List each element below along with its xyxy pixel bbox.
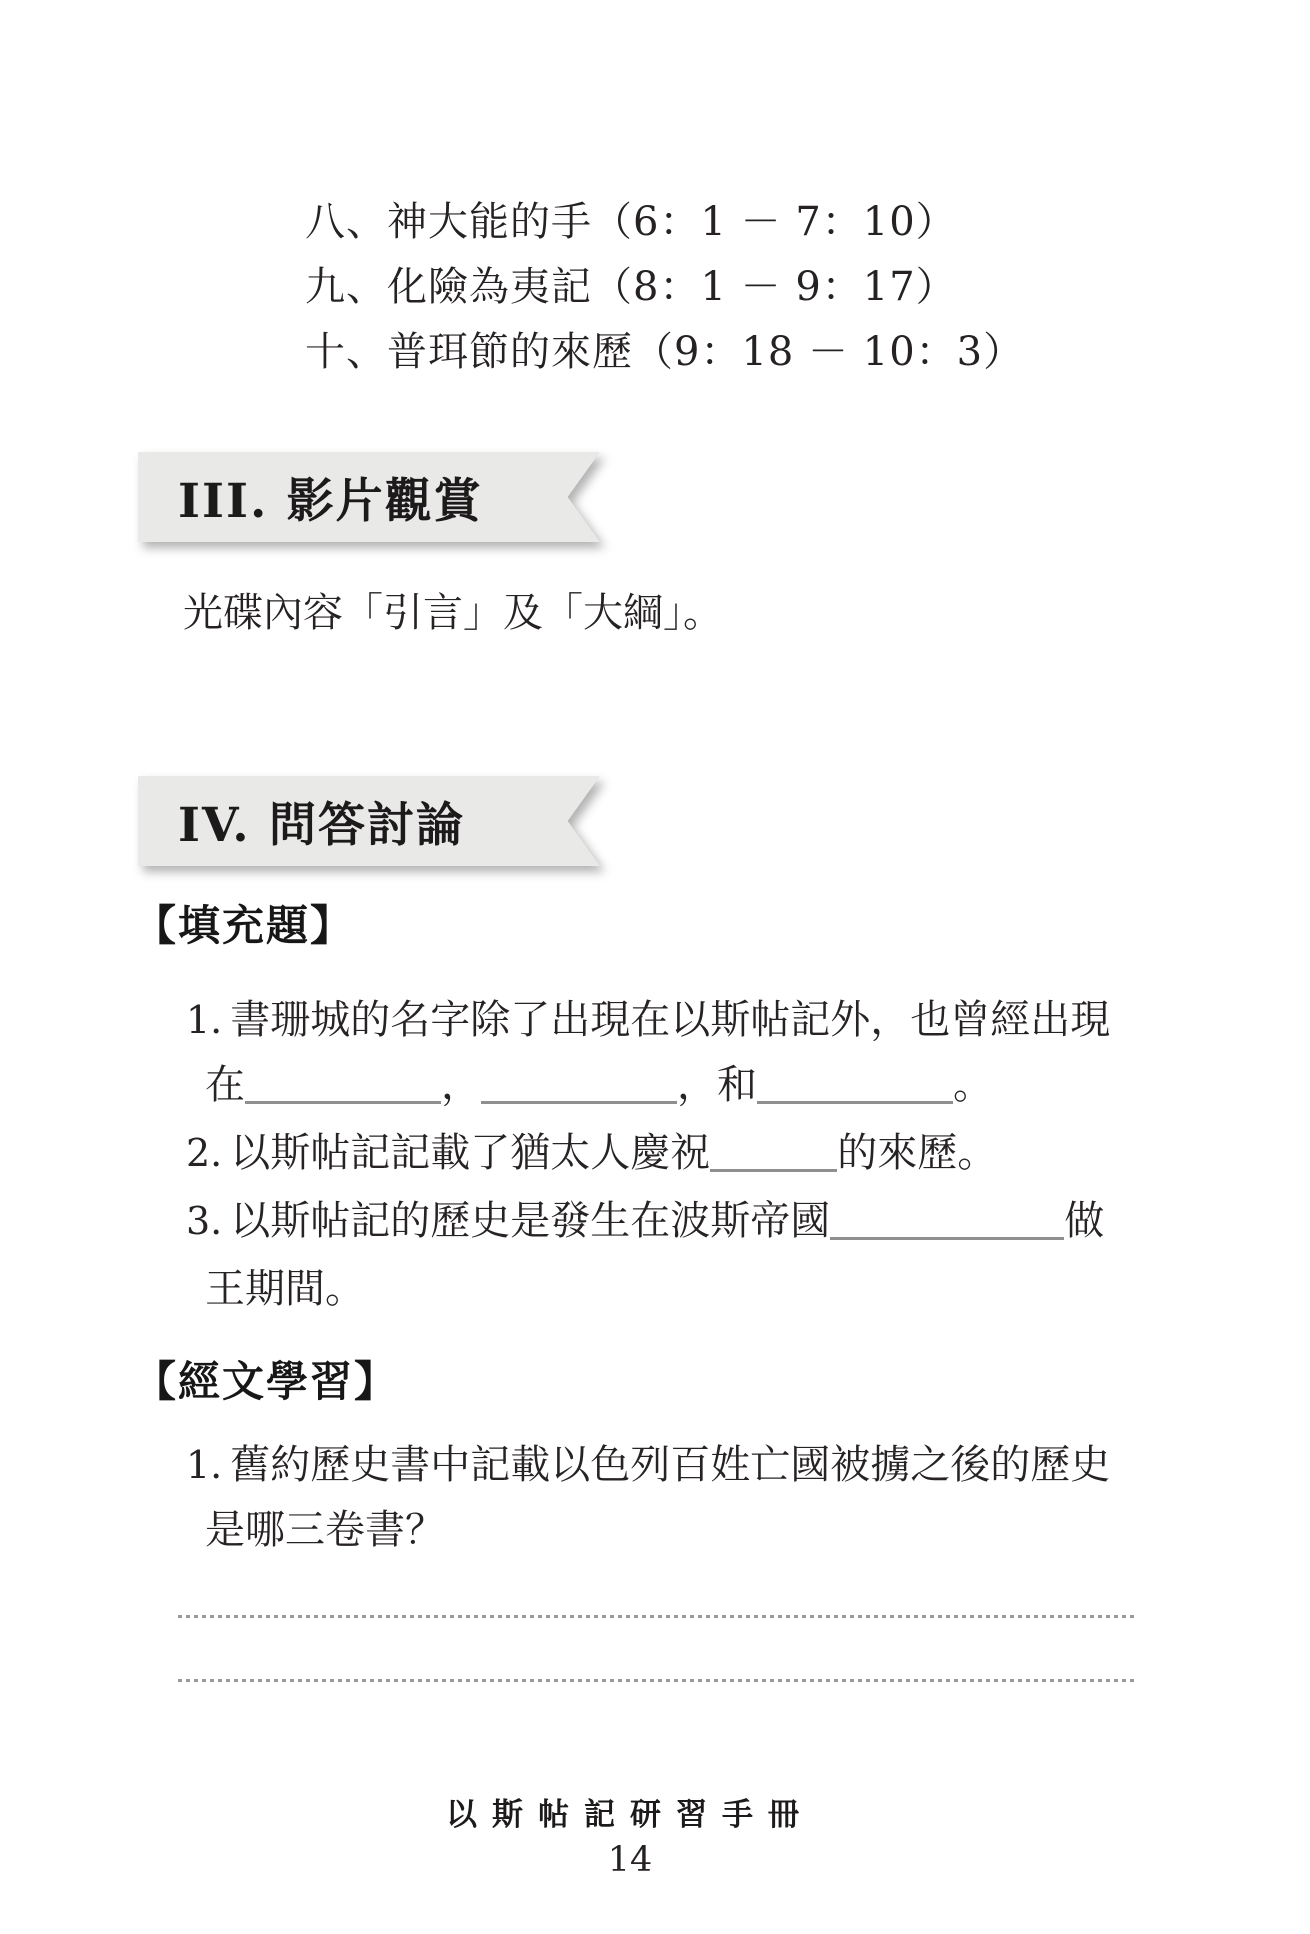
- document-page: 八、神大能的手（6：1 － 7：10） 九、化險為夷記（8：1 － 9：17） …: [0, 0, 1310, 1934]
- fill-blank-4: [710, 1129, 837, 1172]
- fill-blank-2: [481, 1061, 677, 1104]
- fill-q2-line1: 2.以斯帖記記載了猶太人慶祝的來歷。: [186, 1128, 997, 1178]
- fill-q1-line1: 1.書珊城的名字除了出現在以斯帖記外，也曾經出現: [186, 995, 1110, 1045]
- question-number: 3.: [186, 1196, 222, 1246]
- question-text: ，: [441, 1062, 481, 1108]
- section-banner-video: III. 影片觀賞: [138, 452, 600, 542]
- question-text: 舊約歷史書中記載以色列百姓亡國被擄之後的歷史: [230, 1442, 1110, 1488]
- fill-q1-line2: 在，，和。: [205, 1060, 993, 1110]
- fill-in-heading: 【填充題】: [134, 893, 354, 953]
- question-text: 的來歷。: [837, 1130, 997, 1176]
- fill-q3-line2: 王期間。: [205, 1264, 365, 1314]
- fill-blank-3: [757, 1061, 953, 1104]
- question-text: 以斯帖記的歷史是發生在波斯帝國: [230, 1198, 830, 1244]
- ribbon-shape: IV. 問答討論: [138, 776, 600, 866]
- page-number: 14: [135, 1840, 1125, 1880]
- dotted-answer-line-2: [178, 1679, 1136, 1682]
- question-text: 以斯帖記記載了猶太人慶祝: [230, 1130, 710, 1176]
- fill-blank-1: [245, 1061, 441, 1104]
- question-text: 做: [1064, 1198, 1104, 1244]
- dotted-answer-line-1: [178, 1615, 1136, 1618]
- question-text: 。: [953, 1062, 993, 1108]
- outline-list: 八、神大能的手（6：1 － 7：10） 九、化險為夷記（8：1 － 9：17） …: [305, 190, 1024, 385]
- section-video-title: III. 影片觀賞: [138, 464, 483, 531]
- scripture-q1-line1: 1.舊約歷史書中記載以色列百姓亡國被擄之後的歷史: [186, 1440, 1110, 1490]
- outline-item-9: 九、化險為夷記（8：1 － 9：17）: [305, 255, 1024, 320]
- fill-q3-line1: 3.以斯帖記的歷史是發生在波斯帝國做: [186, 1196, 1104, 1246]
- question-number: 2.: [186, 1128, 222, 1178]
- section-qa-title: IV. 問答討論: [138, 788, 465, 855]
- question-text: ，和: [677, 1062, 757, 1108]
- ribbon-shape: III. 影片觀賞: [138, 452, 600, 542]
- scripture-heading: 【經文學習】: [134, 1349, 398, 1409]
- question-number: 1.: [186, 995, 222, 1045]
- question-text: 在: [205, 1062, 245, 1108]
- section-banner-qa: IV. 問答討論: [138, 776, 600, 866]
- question-text: 書珊城的名字除了出現在以斯帖記外，也曾經出現: [230, 997, 1110, 1043]
- footer-booklet-title: 以斯帖記研習手冊: [135, 1789, 1125, 1834]
- outline-item-8: 八、神大能的手（6：1 － 7：10）: [305, 190, 1024, 255]
- fill-blank-5: [830, 1197, 1064, 1240]
- question-number: 1.: [186, 1440, 222, 1490]
- scripture-q1-line2: 是哪三卷書？: [205, 1505, 445, 1555]
- outline-item-10: 十、普珥節的來歷（9：18 － 10：3）: [305, 320, 1024, 385]
- video-section-text: 光碟內容「引言」及「大綱」。: [183, 588, 723, 638]
